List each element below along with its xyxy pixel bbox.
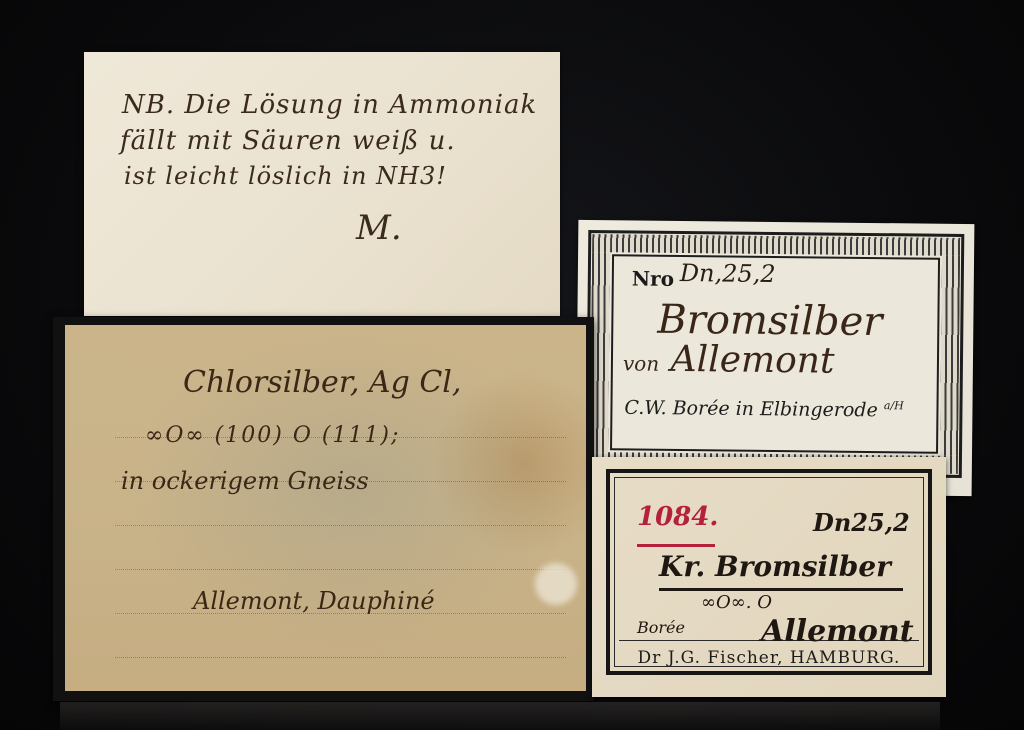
catalog-underline bbox=[637, 544, 715, 547]
locality-name: Allemont bbox=[670, 339, 834, 382]
dealer-imprint: Dr J.G. Fischer, HAMBURG. bbox=[615, 648, 923, 668]
specimen-number: Dn,25,2 bbox=[680, 259, 776, 288]
note-line-2: fällt mit Säuren weiß u. bbox=[120, 126, 456, 156]
paper-damage-spot bbox=[535, 563, 577, 605]
dotted-rule bbox=[115, 657, 566, 658]
note-signature: M. bbox=[356, 208, 402, 248]
dealer-prefix: Dr bbox=[638, 648, 662, 668]
boree-label: Nro Dn,25,2 Bromsilber von Allemont C.W.… bbox=[576, 220, 975, 496]
dealer-imprint: C.W. Borée in Elbingerode a/H bbox=[624, 396, 903, 421]
source-name: Borée bbox=[637, 618, 685, 637]
note-line-3: ist leicht löslich in NH3! bbox=[124, 162, 447, 190]
locality: Allemont, Dauphiné bbox=[193, 587, 435, 615]
dealer-name: C.W. Borée in Elbingerode bbox=[624, 397, 878, 422]
mineral-name: Bromsilber bbox=[657, 297, 883, 345]
dealer-suffix: a/H bbox=[884, 399, 904, 412]
catalog-number: 1084. bbox=[637, 502, 718, 532]
crystal-form: ∞O∞ (100) O (111); bbox=[145, 423, 400, 448]
species-name: Kr. Bromsilber bbox=[659, 550, 891, 583]
note-line-1: NB. Die Lösung in Ammoniak bbox=[122, 90, 537, 120]
chlorsilber-label: Chlorsilber, Ag Cl, ∞O∞ (100) O (111); i… bbox=[53, 317, 594, 701]
aged-paper: Chlorsilber, Ag Cl, ∞O∞ (100) O (111); i… bbox=[65, 325, 586, 691]
species-underline bbox=[659, 588, 903, 591]
matrix-description: in ockerigem Gneiss bbox=[121, 467, 369, 495]
locality-line: von Allemont bbox=[623, 338, 835, 381]
locality: Allemont bbox=[761, 614, 914, 649]
nro-label: Nro bbox=[632, 266, 674, 290]
handwritten-note-label: NB. Die Lösung in Ammoniak fällt mit Säu… bbox=[84, 52, 560, 316]
dotted-rule bbox=[115, 569, 566, 570]
locality-prefix: von bbox=[623, 351, 659, 375]
dealer-name: J.G. Fischer, HAMBURG. bbox=[668, 648, 901, 668]
inner-frame: 1084. Dn25,2 Kr. Bromsilber ∞O∞. O Borée… bbox=[614, 477, 924, 667]
reference-number: Dn25,2 bbox=[813, 508, 910, 537]
mineral-name: Chlorsilber, Ag Cl, bbox=[183, 365, 461, 400]
double-frame: 1084. Dn25,2 Kr. Bromsilber ∞O∞. O Borée… bbox=[606, 469, 932, 675]
crystal-form: ∞O∞. O bbox=[701, 592, 772, 613]
surface-reflection bbox=[60, 702, 940, 730]
fischer-label: 1084. Dn25,2 Kr. Bromsilber ∞O∞. O Borée… bbox=[592, 457, 946, 697]
dotted-rule bbox=[115, 525, 566, 526]
